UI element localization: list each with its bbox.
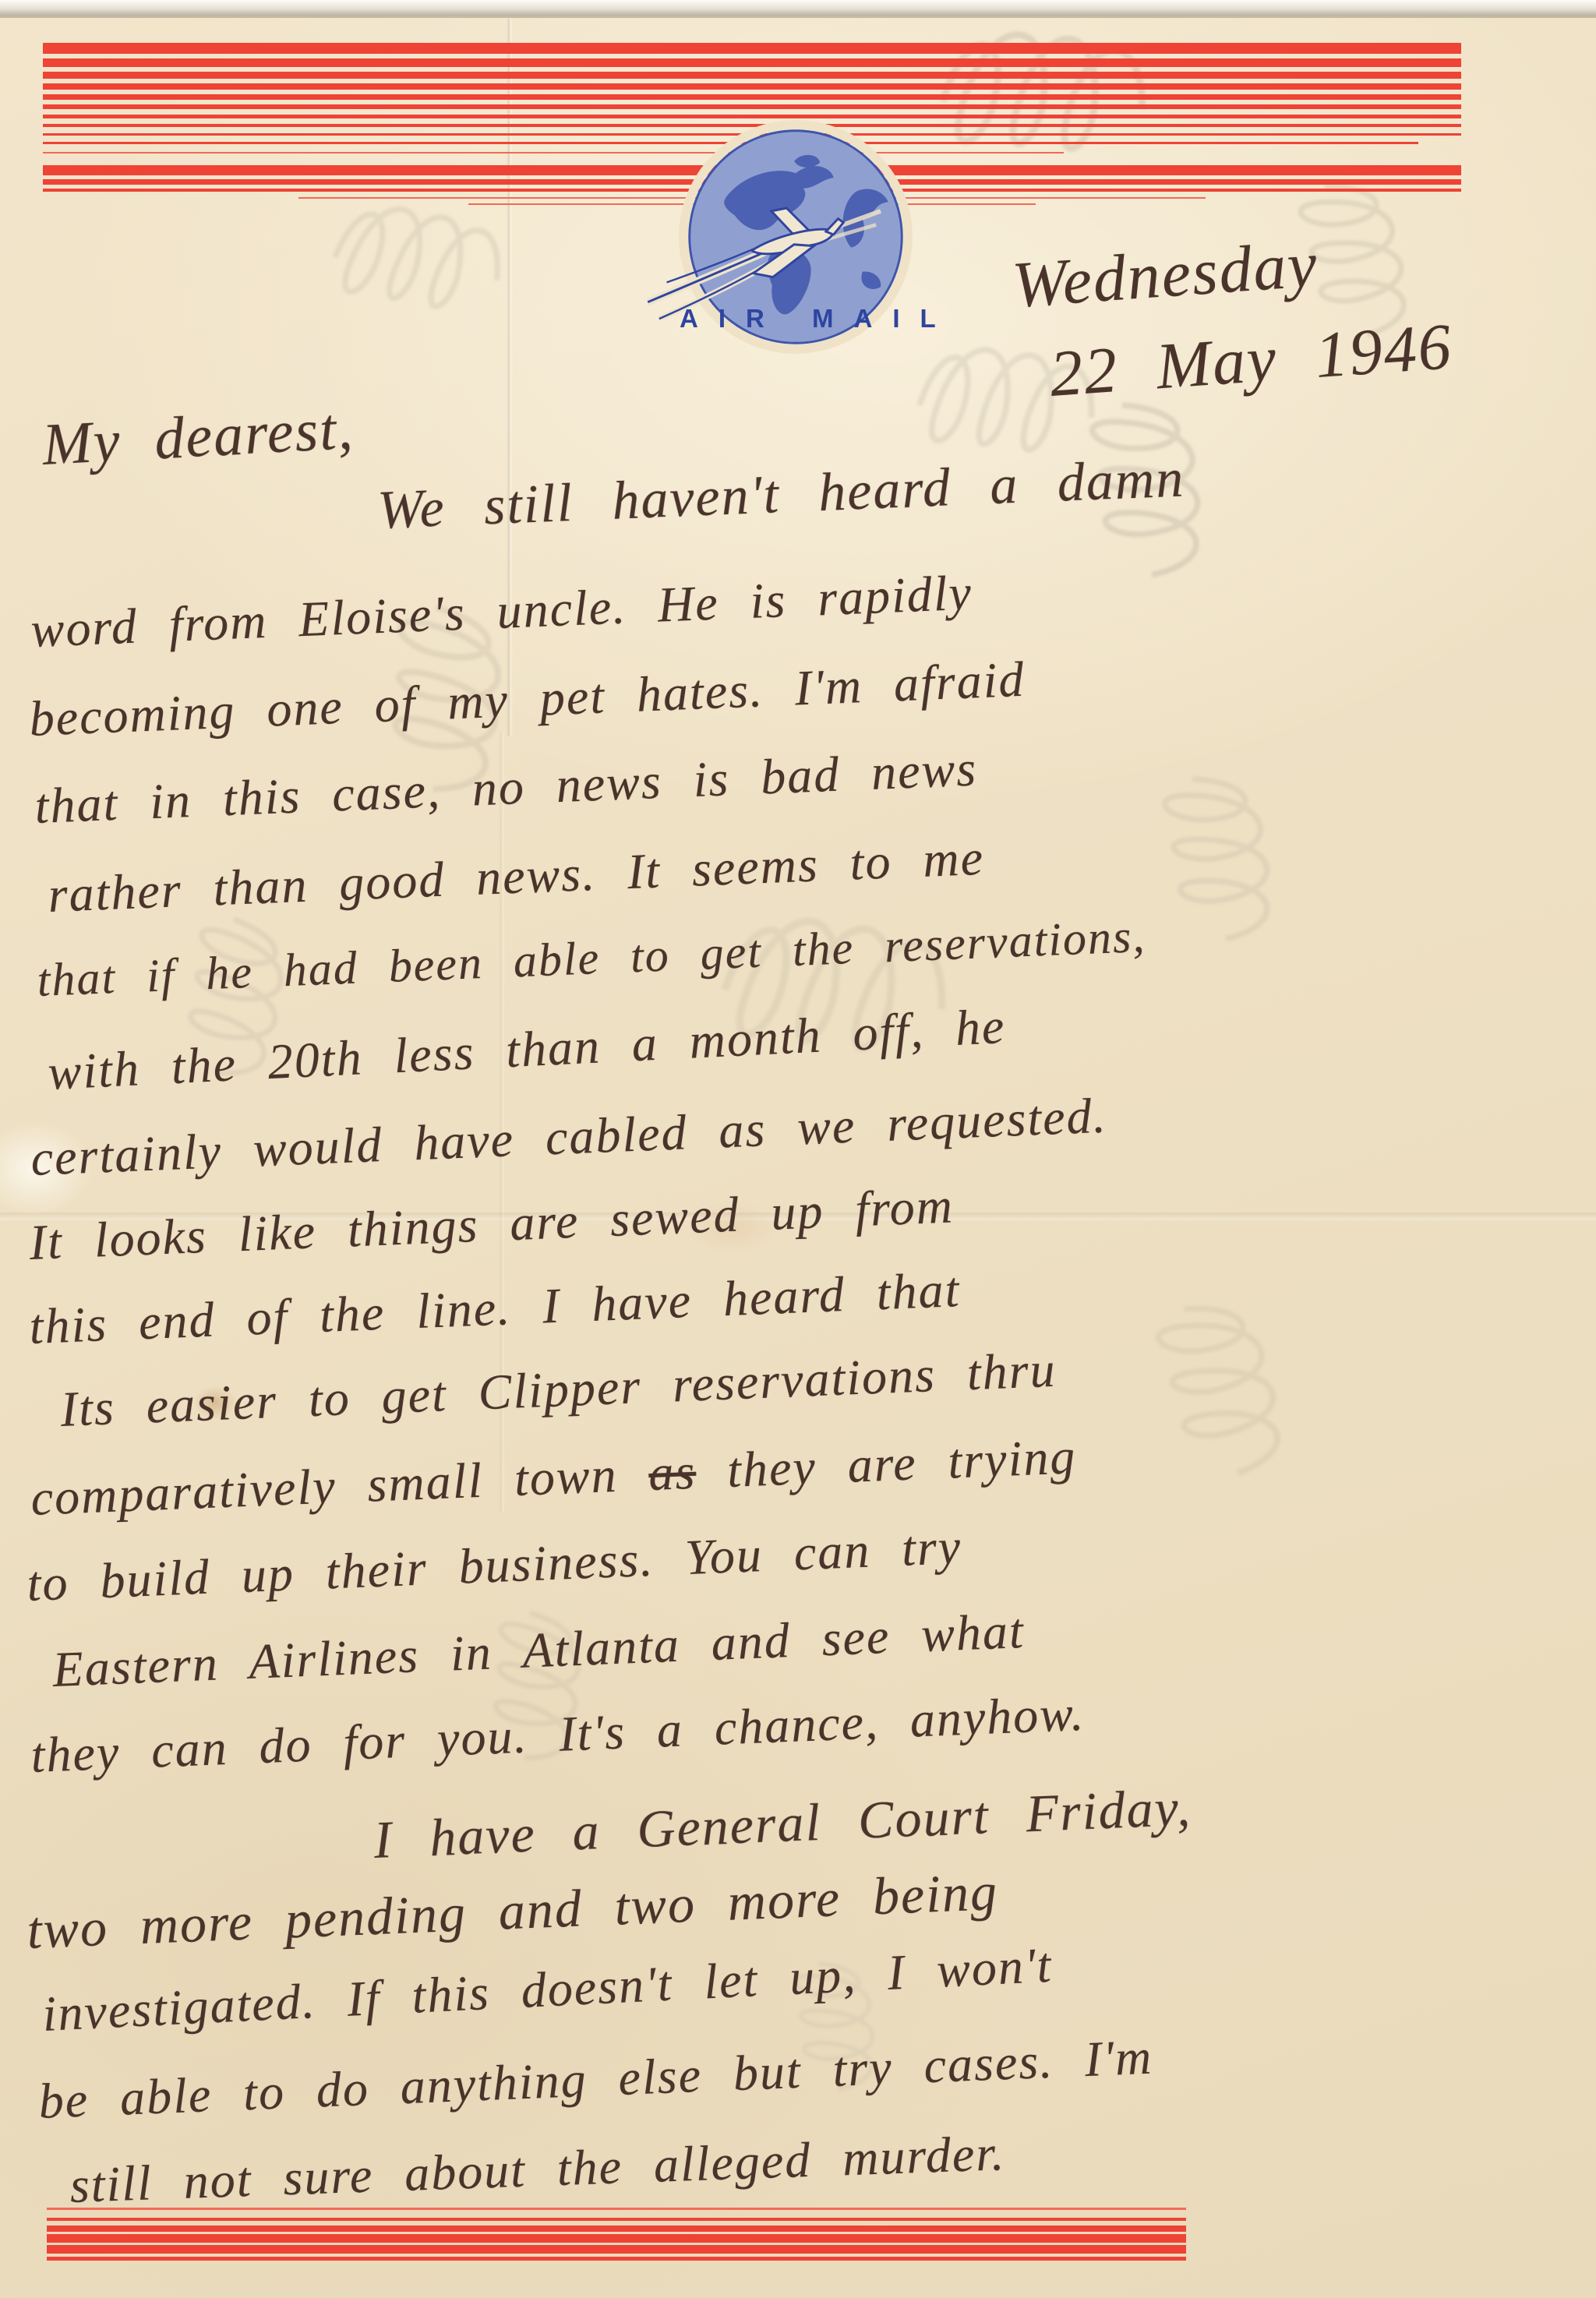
- handwritten-line: be able to do anything else but try case…: [37, 2028, 1153, 2130]
- strike-before: comparatively small town: [30, 1446, 649, 1526]
- stripe: [43, 104, 1461, 109]
- stripe: [43, 83, 1461, 90]
- handwritten-line: that in this case, no news is bad news: [34, 740, 978, 835]
- handwritten-line: Eastern Airlines in Atlanta and see what: [51, 1602, 1026, 1699]
- stripe: [43, 115, 1461, 118]
- handwritten-line: certainly would have cabled as we reques…: [30, 1087, 1108, 1188]
- date-weekday: Wednesday: [1010, 227, 1321, 323]
- handwritten-line: I have a General Court Friday,: [373, 1777, 1192, 1871]
- bottom-border-stripes: [47, 2208, 1186, 2261]
- strike-after: they are trying: [695, 1428, 1078, 1499]
- handwritten-line: We still haven't heard a damn: [376, 447, 1186, 542]
- struck-word: as: [648, 1444, 697, 1501]
- handwritten-line: with the 20th less than a month off, he: [47, 997, 1007, 1102]
- stripe: [43, 43, 1461, 54]
- stripe: [47, 2245, 1186, 2254]
- stripe: [47, 2257, 1186, 2261]
- stripe: [47, 2218, 1186, 2221]
- stripe: [43, 58, 1461, 67]
- handwritten-line: becoming one of my pet hates. I'm afraid: [28, 651, 1026, 748]
- handwritten-line-with-strikeout: comparatively small town as they are try…: [30, 1428, 1077, 1527]
- handwritten-line: this end of the line. I have heard that: [28, 1261, 961, 1356]
- salutation: My dearest,: [41, 395, 355, 479]
- stripe: [43, 72, 1461, 79]
- handwritten-line: Its easier to get Clipper reservations t…: [59, 1341, 1058, 1438]
- handwritten-line: rather than good news. It seems to me: [47, 829, 985, 924]
- air-mail-label: AIR MAIL: [680, 304, 956, 334]
- letter-page: AIR MAIL Wednesday 22 May 1946 My deares…: [0, 0, 1596, 2298]
- date-full: 22 May 1946: [1047, 309, 1455, 412]
- stripe: [47, 2234, 1186, 2243]
- stripe: [47, 2226, 1186, 2232]
- scan-edge: [0, 0, 1596, 16]
- handwritten-line: still not sure about the alleged murder.: [69, 2124, 1006, 2215]
- stripe: [43, 152, 1064, 154]
- handwritten-line: word from Eloise's uncle. He is rapidly: [30, 564, 973, 659]
- handwritten-line: It looks like things are sewed up from: [28, 1177, 955, 1272]
- handwritten-line: they can do for you. It's a chance, anyh…: [30, 1685, 1086, 1784]
- handwritten-line: to build up their business. You can try: [26, 1518, 962, 1613]
- stripe: [43, 94, 1461, 100]
- handwritten-line: that if he had been able to get the rese…: [36, 909, 1146, 1008]
- paper-top-edge: [0, 16, 1596, 18]
